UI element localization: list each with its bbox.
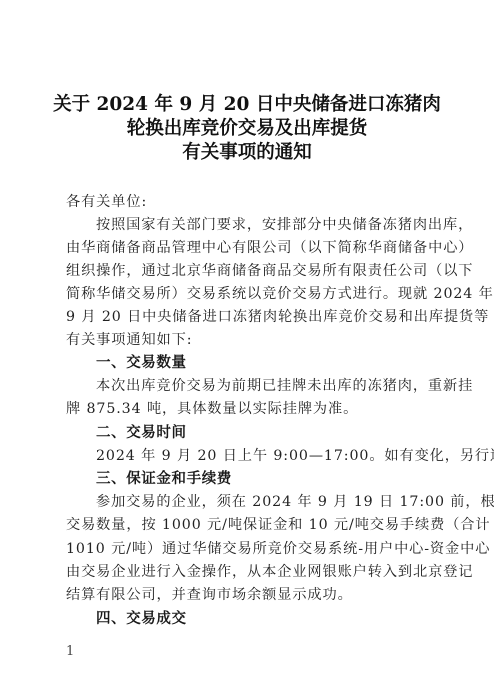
- intro-line: 组织操作，通过北京华商储备商品交易所有限责任公司（以下: [66, 262, 430, 280]
- section-heading-deposit-and-fees: 三、保证金和手续费: [96, 470, 232, 488]
- section-2-line: 2024 年 9 月 20 日上午 9:00—17:00。如有变化，另行通知。: [96, 447, 430, 465]
- intro-line: 简称华储交易所）交易系统以竞价交易方式进行。现就 2024 年: [66, 285, 430, 303]
- section-3-line: 结算有限公司，并查询市场余额显示成功。: [66, 586, 430, 604]
- intro-line: 有关事项通知如下:: [66, 331, 430, 349]
- document-title-line-1: 关于 2024 年 9 月 20 日中央储备进口冻猪肉: [0, 94, 494, 116]
- salutation: 各有关单位:: [66, 193, 147, 211]
- document-title-line-2: 轮换出库竞价交易及出库提货: [0, 118, 494, 140]
- section-3-line: 交易数量，按 1000 元/吨保证金和 10 元/吨交易手续费（合计: [66, 516, 430, 534]
- intro-line: 按照国家有关部门要求，安排部分中央储备冻猪肉出库，: [96, 216, 430, 234]
- intro-line: 由华商储备商品管理中心有限公司（以下简称华商储备中心）: [66, 239, 430, 257]
- section-heading-trade-time: 二、交易时间: [96, 424, 187, 442]
- section-3-line: 由交易企业进行入金操作，从本企业网银账户转入到北京登记: [66, 563, 430, 581]
- section-1-line: 本次出库竞价交易为前期已挂牌未出库的冻猪肉，重新挂: [96, 377, 430, 395]
- document-page: 关于 2024 年 9 月 20 日中央储备进口冻猪肉 轮换出库竞价交易及出库提…: [0, 0, 494, 700]
- section-1-line: 牌 875.34 吨，具体数量以实际挂牌为准。: [66, 400, 430, 418]
- section-heading-trade-quantity: 一、交易数量: [96, 354, 187, 372]
- section-heading-trade-settlement: 四、交易成交: [96, 610, 187, 628]
- page-number: 1: [66, 644, 74, 660]
- section-3-line: 1010 元/吨）通过华储交易所竞价交易系统-用户中心-资金中心: [66, 540, 430, 558]
- document-title-line-3: 有关事项的通知: [0, 142, 494, 164]
- intro-line: 9 月 20 日中央储备进口冻猪肉轮换出库竞价交易和出库提货等: [66, 308, 430, 326]
- section-3-line: 参加交易的企业，须在 2024 年 9 月 19 日 17:00 前，根据预: [96, 493, 430, 511]
